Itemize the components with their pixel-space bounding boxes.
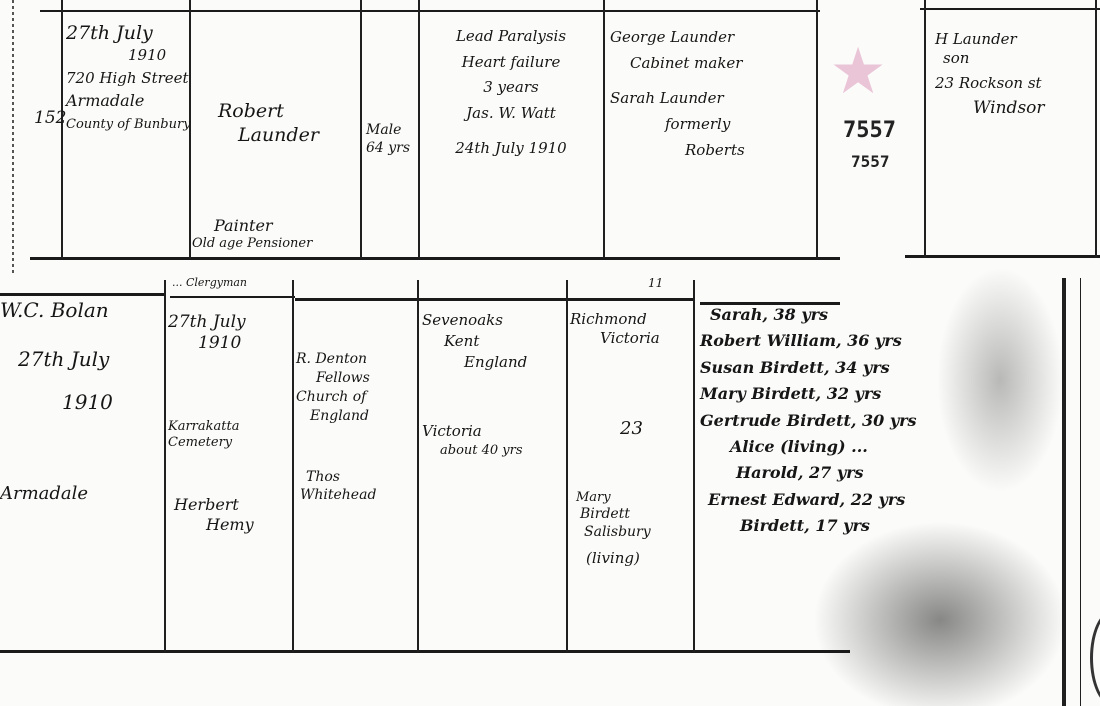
parents: George Launder Cabinet maker Sarah Laund… bbox=[610, 24, 745, 163]
date-place-of-death: 27th July 1910 720 High Street Armadale … bbox=[66, 22, 191, 134]
page-edge bbox=[12, 0, 14, 275]
upper-bottom-rule bbox=[30, 257, 840, 260]
birthplace: Sevenoaks Kent England Victoria about 40… bbox=[422, 310, 527, 460]
col-line bbox=[292, 280, 294, 652]
lower-top-rule bbox=[295, 298, 695, 301]
col-line bbox=[417, 280, 419, 652]
lower-top-rule bbox=[0, 293, 165, 296]
informant: H Launder son 23 Rockson st Windsor bbox=[935, 30, 1045, 120]
burial-details: 27th July 1910 Karrakatta Cemetery Herbe… bbox=[168, 312, 288, 535]
pink-star-stamp-icon: ★ bbox=[828, 42, 888, 102]
marriage-details: Richmond Victoria 23 Mary Birdett Salisb… bbox=[570, 310, 660, 568]
upper-bottom-rule-right bbox=[905, 255, 1100, 258]
sex-age: Male 64 yrs bbox=[366, 122, 410, 157]
col-line bbox=[360, 0, 362, 258]
registration-stamp-large: 7557 bbox=[843, 118, 896, 143]
col-line bbox=[816, 0, 818, 258]
col-line bbox=[164, 280, 166, 652]
deceased-occupation: Painter Old age Pensioner bbox=[192, 216, 312, 252]
children-list: Sarah, 38 yrs Robert William, 36 yrs Sus… bbox=[700, 302, 917, 540]
registrar-date: W.C. Bolan 27th July 1910 Armadale bbox=[0, 298, 113, 506]
col-line bbox=[1062, 278, 1066, 706]
col-line bbox=[566, 280, 568, 652]
upper-top-rule bbox=[40, 10, 820, 12]
cause-of-death: Lead Paralysis Heart failure 3 years Jas… bbox=[420, 24, 602, 162]
column-mark: 11 bbox=[648, 276, 663, 291]
col-line bbox=[1095, 0, 1097, 258]
col-line bbox=[603, 0, 605, 258]
lower-bottom-rule bbox=[0, 650, 850, 653]
registration-stamp-small: 7557 bbox=[851, 152, 890, 171]
col-line bbox=[1080, 278, 1081, 706]
deceased-name: Robert Launder bbox=[218, 100, 319, 148]
lower-top-rule bbox=[170, 296, 295, 298]
upper-top-rule-right bbox=[920, 8, 1100, 10]
col-line bbox=[693, 280, 695, 652]
header-fragment: ... Clergyman bbox=[172, 276, 247, 290]
entry-number: 152 bbox=[34, 108, 66, 129]
col-line bbox=[924, 0, 926, 258]
minister-religion: R. Denton Fellows Church of England Thos… bbox=[296, 350, 376, 505]
